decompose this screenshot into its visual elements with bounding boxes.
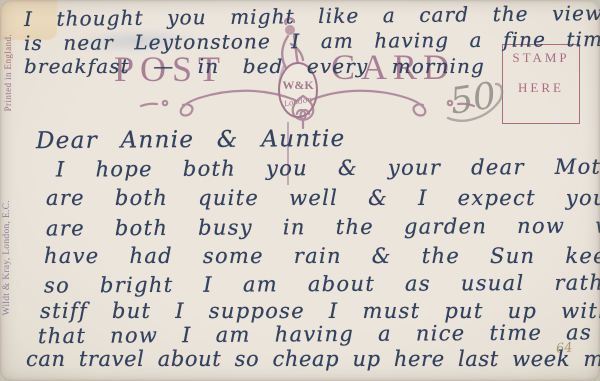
stamp-box-line1: STAMP <box>503 50 579 66</box>
postcard-back: POST CARD W&K London STAMP <box>0 0 600 381</box>
handwriting-line: can travel about so cheap up here last w… <box>26 347 600 371</box>
handwriting-greeting: Dear Annie & Auntie <box>36 127 346 153</box>
handwriting-line: that now I am having a nice time as we <box>38 320 600 348</box>
handwriting-line: have had some rain & the Sun keeps <box>44 244 600 268</box>
handwriting-line: I hope both you & your dear Mother <box>56 154 600 181</box>
handwriting-line: stiff but I suppose I must put up with <box>40 299 600 323</box>
handwriting-line: are both busy in the garden now we <box>46 213 600 240</box>
handwriting-top-line-1: I thought you might like a card the view… <box>24 1 600 31</box>
handwriting-line: so bright I am about as usual rather <box>44 270 600 297</box>
svg-text:50: 50 <box>447 75 499 123</box>
handwriting-top-line-2: is near Leytonstone I am having a fine t… <box>24 27 600 55</box>
publisher-imprint: Wildt & Kray, London, E.C. <box>2 200 12 316</box>
handwriting-line: are both quite well & I expect you <box>46 186 600 210</box>
flourish-ornament <box>135 86 480 132</box>
handwriting-top-line-3: breakfast — in bed every morning <box>24 54 485 78</box>
printed-in-england-note: Printed in England. <box>3 34 13 111</box>
